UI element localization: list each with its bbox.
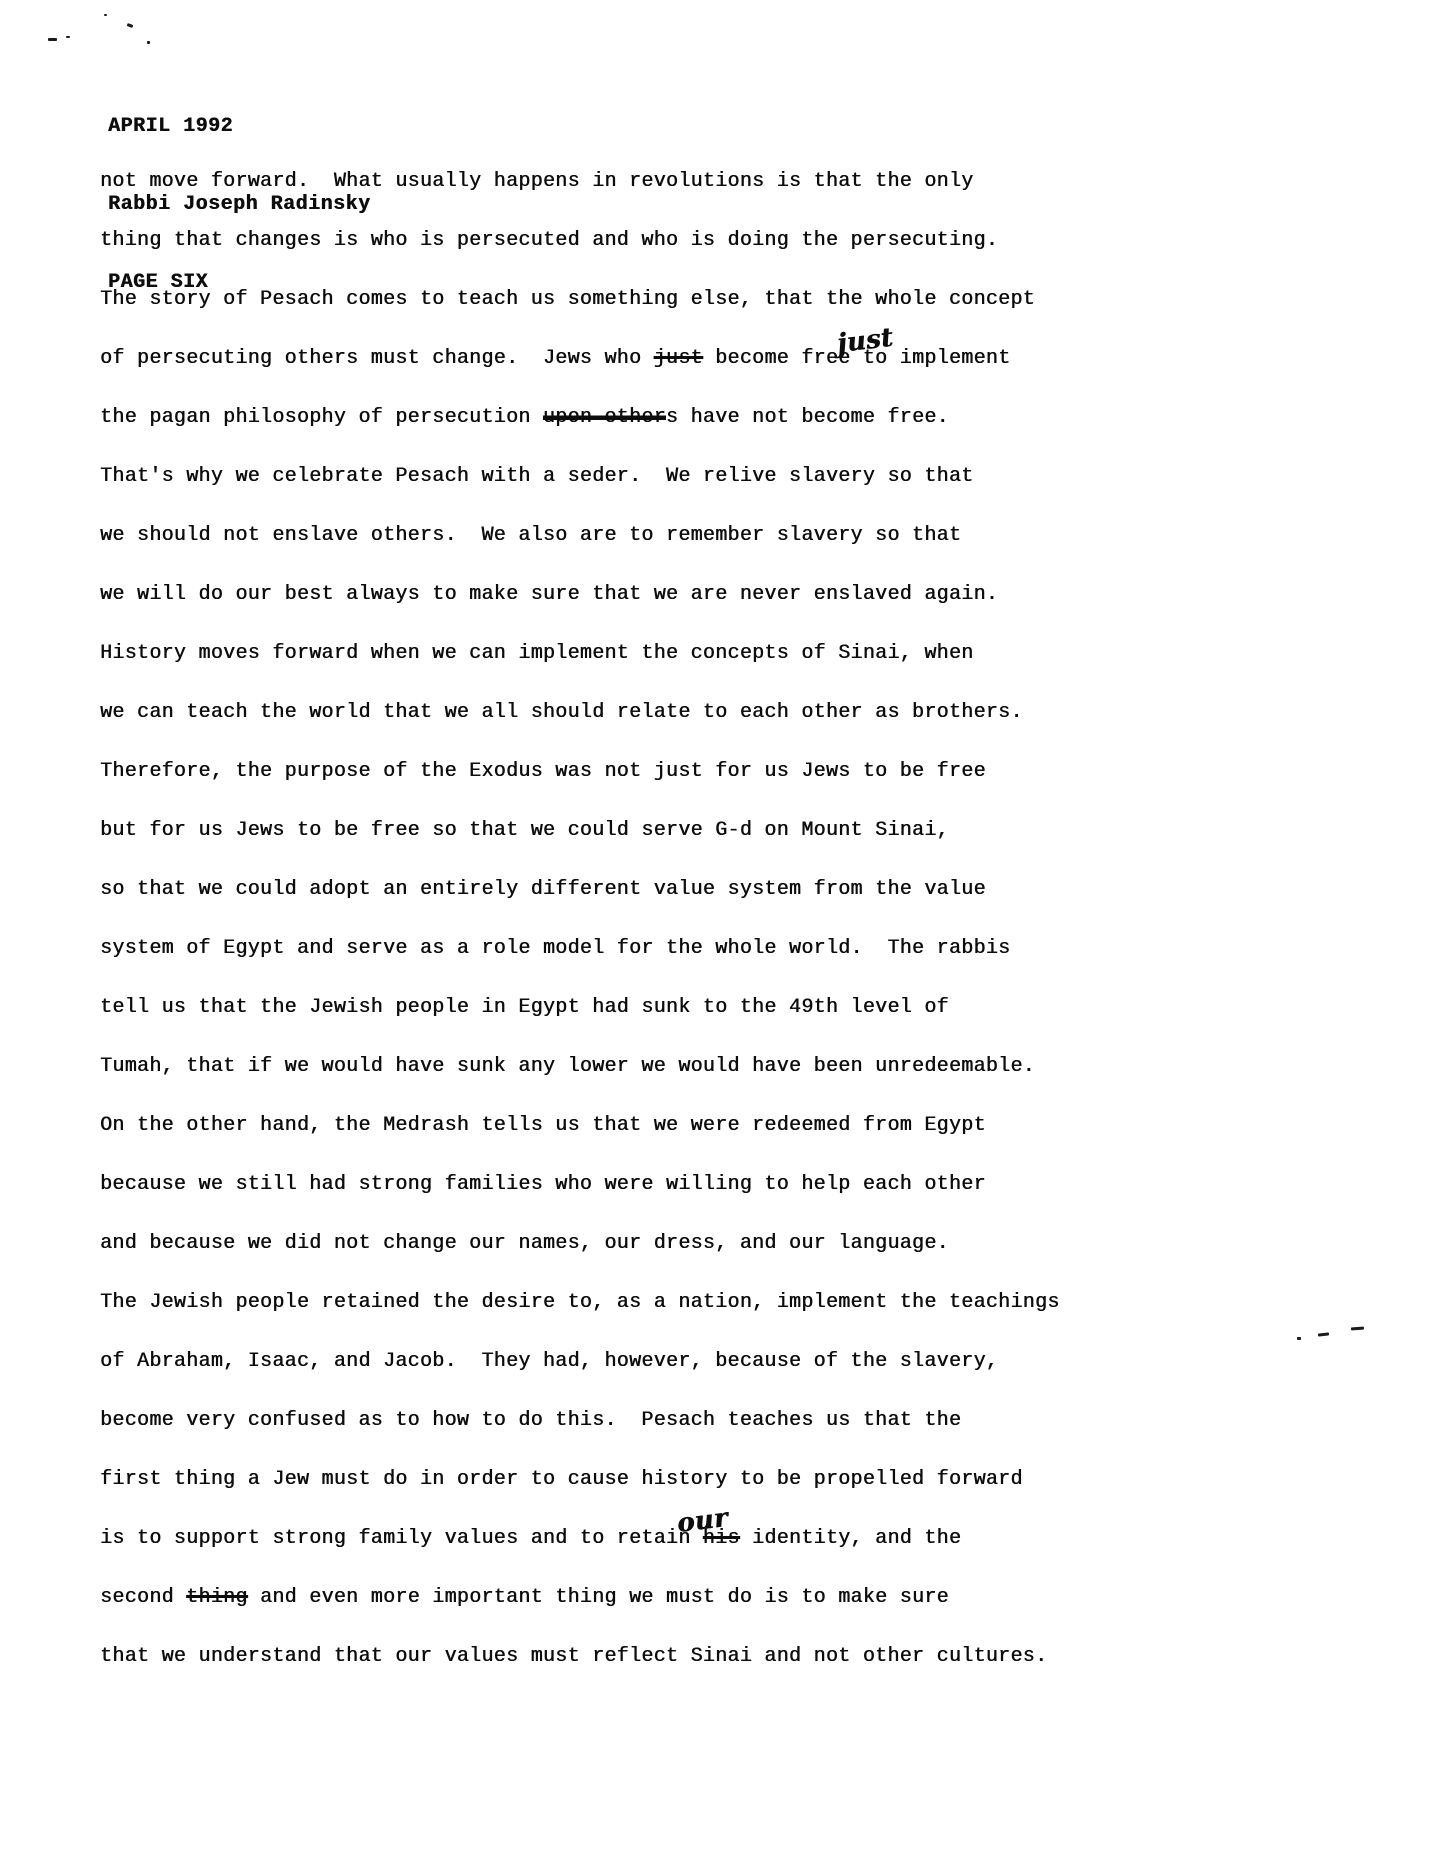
text-line: The Jewish people retained the desire to… xyxy=(100,1273,1060,1332)
typed-text: we will do our best always to make sure … xyxy=(100,583,998,606)
struck-word: thing xyxy=(186,1586,248,1609)
header-line-date: APRIL 1992 xyxy=(108,114,371,140)
text-line: Tumah, that if we would have sunk any lo… xyxy=(100,1037,1060,1096)
text-line: History moves forward when we can implem… xyxy=(100,624,1060,683)
document-body: not move forward. What usually happens i… xyxy=(100,152,1060,1686)
typed-text: The story of Pesach comes to teach us so… xyxy=(100,288,1035,311)
typed-text: thing that changes is who is persecuted … xyxy=(100,229,998,252)
typed-text: s have not become free. xyxy=(666,406,949,429)
typed-text: tell us that the Jewish people in Egypt … xyxy=(100,996,949,1019)
typed-text: system of Egypt and serve as a role mode… xyxy=(100,937,1010,960)
typed-text: the pagan philosophy of persecution xyxy=(100,406,543,429)
ink-speck xyxy=(104,14,107,16)
text-line: is to support strong family values and t… xyxy=(100,1509,1060,1568)
typed-text: first thing a Jew must do in order to ca… xyxy=(100,1468,1023,1491)
ink-speck xyxy=(147,41,150,44)
typed-text: because we still had strong families who… xyxy=(100,1173,986,1196)
ink-speck xyxy=(66,36,70,38)
text-line: On the other hand, the Medrash tells us … xyxy=(100,1096,1060,1155)
text-line: system of Egypt and serve as a role mode… xyxy=(100,919,1060,978)
text-line: second thing and even more important thi… xyxy=(100,1568,1060,1627)
correction-anchor: justto xyxy=(863,347,888,370)
text-line: we can teach the world that we all shoul… xyxy=(100,683,1060,742)
typed-text: That's why we celebrate Pesach with a se… xyxy=(100,465,973,488)
typed-text: implement xyxy=(887,347,1010,370)
typed-text: On the other hand, the Medrash tells us … xyxy=(100,1114,986,1137)
typed-text: is to support strong family values and t… xyxy=(100,1527,703,1550)
typed-text: but for us Jews to be free so that we co… xyxy=(100,819,949,842)
typed-text: so that we could adopt an entirely diffe… xyxy=(100,878,986,901)
typed-text: The Jewish people retained the desire to… xyxy=(100,1291,1060,1314)
text-line: Therefore, the purpose of the Exodus was… xyxy=(100,742,1060,801)
handwritten-insertion: our xyxy=(675,1505,729,1537)
text-line: of Abraham, Isaac, and Jacob. They had, … xyxy=(100,1332,1060,1391)
handwritten-insertion: just xyxy=(835,325,894,358)
text-line: and because we did not change our names,… xyxy=(100,1214,1060,1273)
typed-text: of persecuting others must change. Jews … xyxy=(100,347,654,370)
text-line: that we understand that our values must … xyxy=(100,1627,1060,1686)
typed-text: we should not enslave others. We also ar… xyxy=(100,524,961,547)
margin-smudge xyxy=(1297,1337,1301,1340)
text-line: That's why we celebrate Pesach with a se… xyxy=(100,447,1060,506)
page: APRIL 1992 Rabbi Joseph Radinsky PAGE SI… xyxy=(0,0,1430,1851)
text-line: The story of Pesach comes to teach us so… xyxy=(100,270,1060,329)
text-line: so that we could adopt an entirely diffe… xyxy=(100,860,1060,919)
text-line: first thing a Jew must do in order to ca… xyxy=(100,1450,1060,1509)
typed-text: become very confused as to how to do thi… xyxy=(100,1409,961,1432)
ink-speck xyxy=(127,23,134,28)
typed-text: that we understand that our values must … xyxy=(100,1645,1047,1668)
typed-text: identity, and the xyxy=(740,1527,961,1550)
text-line: tell us that the Jewish people in Egypt … xyxy=(100,978,1060,1037)
typed-text: Tumah, that if we would have sunk any lo… xyxy=(100,1055,1035,1078)
text-line: the pagan philosophy of persecution upon… xyxy=(100,388,1060,447)
text-line: we will do our best always to make sure … xyxy=(100,565,1060,624)
margin-smudge xyxy=(1318,1332,1329,1336)
text-line: become very confused as to how to do thi… xyxy=(100,1391,1060,1450)
typed-text: we can teach the world that we all shoul… xyxy=(100,701,1023,724)
text-line: but for us Jews to be free so that we co… xyxy=(100,801,1060,860)
text-line: we should not enslave others. We also ar… xyxy=(100,506,1060,565)
scribbled-word: upon other xyxy=(543,406,666,429)
margin-smudge xyxy=(1351,1327,1364,1331)
typed-text: of Abraham, Isaac, and Jacob. They had, … xyxy=(100,1350,998,1373)
correction-anchor: ourhis xyxy=(703,1527,740,1550)
text-line: because we still had strong families who… xyxy=(100,1155,1060,1214)
struck-word: just xyxy=(654,347,703,370)
typed-text: and because we did not change our names,… xyxy=(100,1232,949,1255)
text-line: of persecuting others must change. Jews … xyxy=(100,329,1060,388)
ink-speck xyxy=(48,38,57,41)
text-line: thing that changes is who is persecuted … xyxy=(100,211,1060,270)
typed-text: second xyxy=(100,1586,186,1609)
text-line: not move forward. What usually happens i… xyxy=(100,152,1060,211)
typed-text: History moves forward when we can implem… xyxy=(100,642,973,665)
typed-text: and even more important thing we must do… xyxy=(248,1586,949,1609)
typed-text: Therefore, the purpose of the Exodus was… xyxy=(100,760,986,783)
typed-text: not move forward. What usually happens i… xyxy=(100,170,973,193)
